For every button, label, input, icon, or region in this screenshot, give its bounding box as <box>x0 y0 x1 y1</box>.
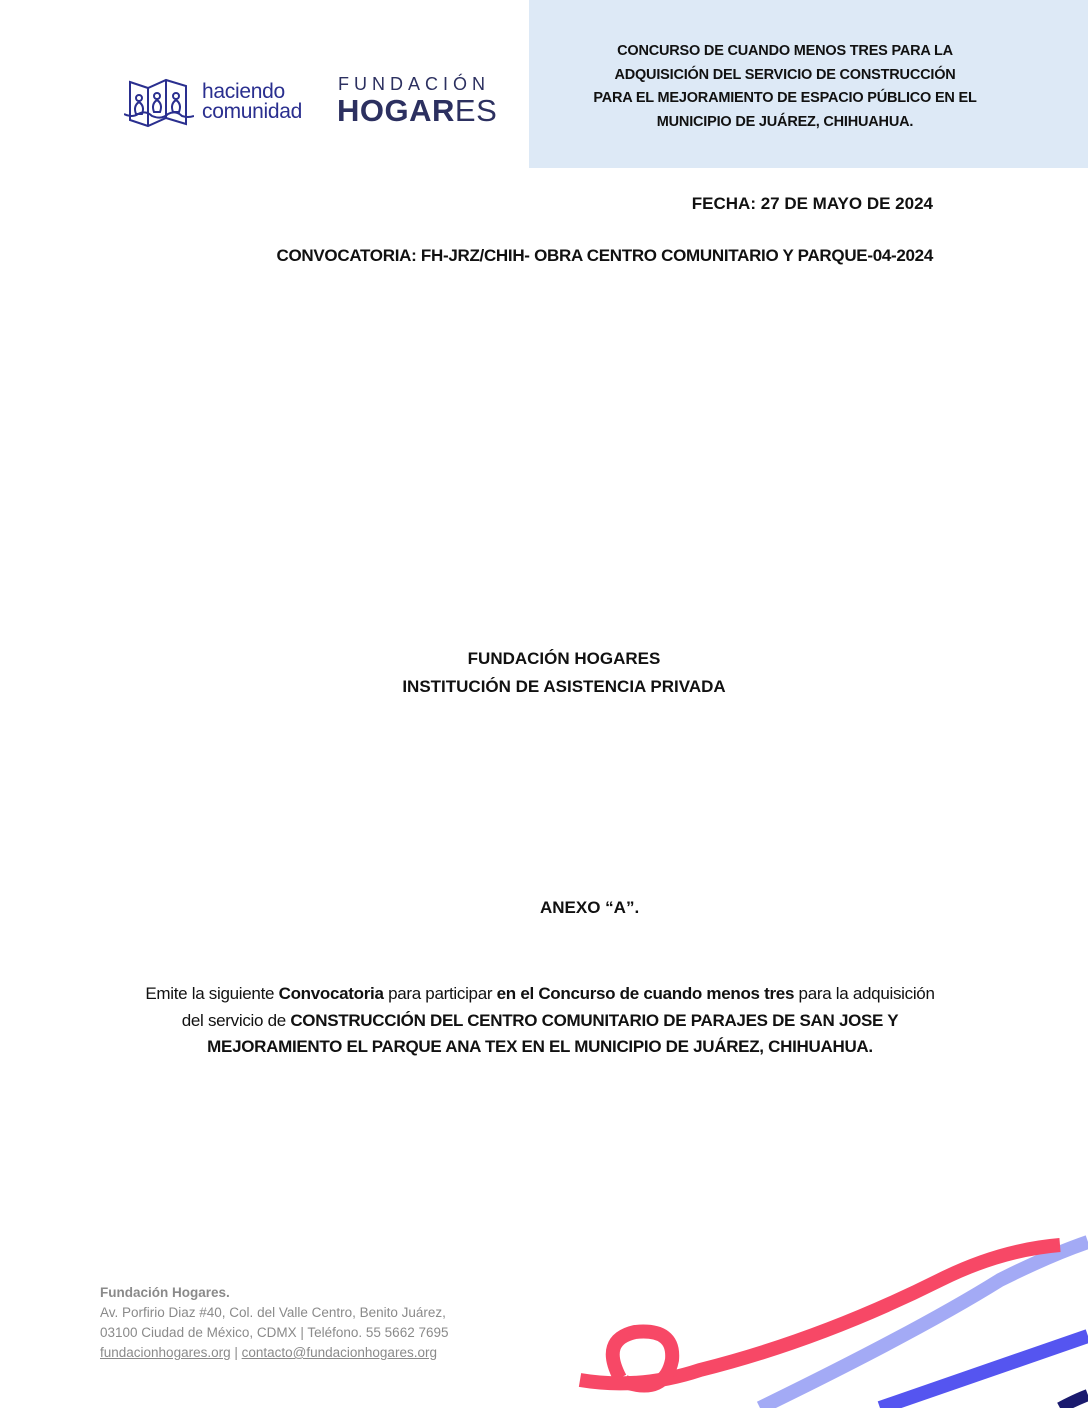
anexo-title: ANEXO “A”. <box>540 898 639 918</box>
hogares-logo-light: ES <box>455 93 497 128</box>
institution-heading: FUNDACIÓN HOGARES INSTITUCIÓN DE ASISTEN… <box>0 645 1088 701</box>
email-link[interactable]: contacto@fundacionhogares.org <box>242 1345 437 1360</box>
logo-line: comunidad <box>202 102 302 122</box>
logo-line: haciendo <box>202 82 302 102</box>
text-run-bold: CONSTRUCCIÓN DEL CENTRO COMUNITARIO DE P… <box>207 1011 898 1057</box>
footer-address-line: Av. Porfirio Diaz #40, Col. del Valle Ce… <box>100 1303 449 1323</box>
document-date: FECHA: 27 DE MAYO DE 2024 <box>692 194 933 214</box>
footer-address-line: 03100 Ciudad de México, CDMX | Teléfono.… <box>100 1323 449 1343</box>
header-title: CONCURSO DE CUANDO MENOS TRES PARA LA AD… <box>560 40 1010 134</box>
haciendo-comunidad-logo: haciendo comunidad <box>202 82 302 122</box>
website-link[interactable]: fundacionhogares.org <box>100 1345 231 1360</box>
convocatoria-code: CONVOCATORIA: FH-JRZ/CHIH- OBRA CENTRO C… <box>277 246 934 266</box>
hogares-logo-bold: HOGAR <box>337 93 455 128</box>
footer-org-name: Fundación Hogares. <box>100 1283 449 1303</box>
footer-separator: | <box>231 1345 242 1360</box>
text-run: para participar <box>384 984 497 1003</box>
text-run: Emite la siguiente <box>145 984 278 1003</box>
folded-map-people-icon <box>124 76 194 128</box>
text-run-bold: Convocatoria <box>279 984 384 1003</box>
institution-type: INSTITUCIÓN DE ASISTENCIA PRIVADA <box>0 673 1088 701</box>
hogares-logo: HOGARES <box>337 93 497 129</box>
fundacion-logo-top: FUNDACIÓN <box>338 74 490 95</box>
footer-contact: Fundación Hogares. Av. Porfirio Diaz #40… <box>100 1283 449 1363</box>
body-paragraph: Emite la siguiente Convocatoria para par… <box>140 981 940 1061</box>
header-title-line: MUNICIPIO DE JUÁREZ, CHIHUAHUA. <box>560 111 1010 135</box>
institution-name: FUNDACIÓN HOGARES <box>0 645 1088 673</box>
header-title-line: CONCURSO DE CUANDO MENOS TRES PARA LA <box>560 40 1010 64</box>
text-run-bold: en el Concurso de cuando menos tres <box>497 984 794 1003</box>
header-title-line: ADQUISICIÓN DEL SERVICIO DE CONSTRUCCIÓN <box>560 64 1010 88</box>
header-title-line: PARA EL MEJORAMIENTO DE ESPACIO PÚBLICO … <box>560 87 1010 111</box>
